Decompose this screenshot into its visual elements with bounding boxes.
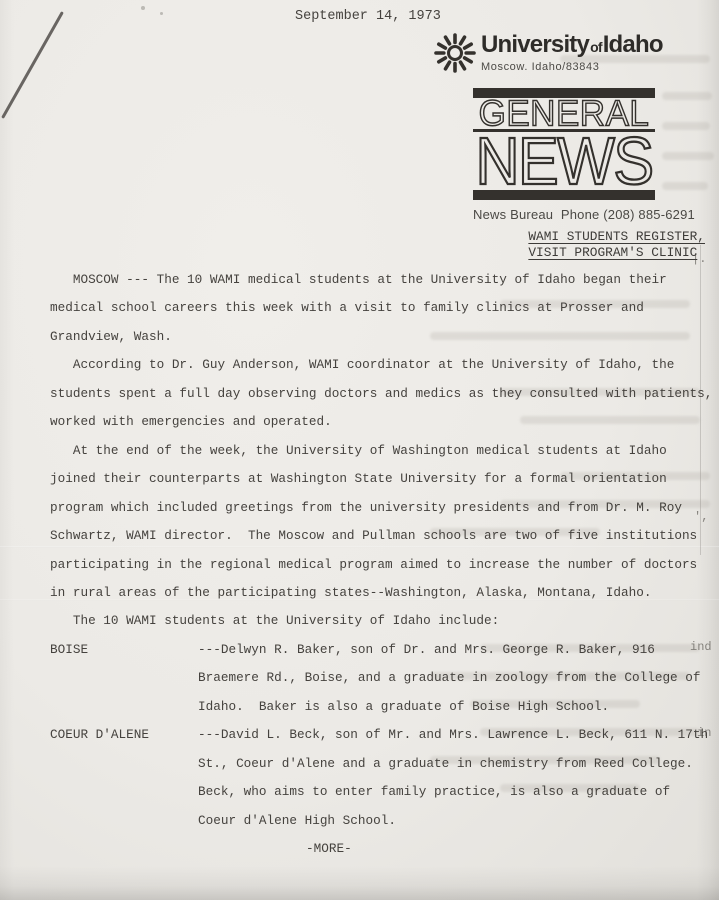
masthead: GENERAL NEWS News Bureau Phone (208) 885… — [473, 88, 655, 222]
student-entry-boise: BOISE ---Delwyn R. Baker, son of Dr. and… — [50, 636, 710, 721]
university-address: Moscow. Idaho/83843 — [481, 61, 663, 73]
masthead-title-news: NEWS — [473, 130, 655, 189]
paragraph: At the end of the week, the University o… — [50, 437, 710, 608]
paragraph: According to Dr. Guy Anderson, WAMI coor… — [50, 351, 710, 436]
body-line: program which included greetings from th… — [50, 494, 710, 522]
scan-speck — [160, 12, 163, 15]
body-line: ---David L. Beck, son of Mr. and Mrs. La… — [198, 721, 710, 749]
paragraph: The 10 WAMI students at the University o… — [50, 607, 710, 635]
press-release-page: |. ', ind in September 14, 1973 — [0, 0, 719, 900]
article-body: MOSCOW --- The 10 WAMI medical students … — [50, 266, 710, 835]
body-line: Idaho. Baker is also a graduate of Boise… — [198, 693, 710, 721]
body-line: The 10 WAMI students at the University o… — [50, 607, 710, 635]
body-line: worked with emergencies and operated. — [50, 408, 710, 436]
entry-text: ---Delwyn R. Baker, son of Dr. and Mrs. … — [198, 636, 710, 721]
body-line: According to Dr. Guy Anderson, WAMI coor… — [50, 351, 710, 379]
idaho-word: Idaho — [603, 31, 663, 58]
body-line: Schwartz, WAMI director. The Moscow and … — [50, 522, 710, 550]
body-line: MOSCOW --- The 10 WAMI medical students … — [50, 266, 710, 294]
body-line: ---Delwyn R. Baker, son of Dr. and Mrs. … — [198, 636, 710, 664]
university-name: UniversityofIdaho — [481, 34, 663, 58]
city-label: BOISE — [50, 636, 198, 664]
student-entry-coeur-dalene: COEUR D'ALENE ---David L. Beck, son of M… — [50, 721, 710, 835]
date-line: September 14, 1973 — [295, 9, 441, 24]
body-line: medical school careers this week with a … — [50, 294, 710, 322]
body-line: At the end of the week, the University o… — [50, 437, 710, 465]
body-line: Grandview, Wash. — [50, 323, 710, 351]
headline-line: WAMI STUDENTS REGISTER, — [528, 229, 705, 245]
body-line: in rural areas of the participating stat… — [50, 579, 710, 607]
university-word: University — [481, 31, 589, 58]
headline-line: VISIT PROGRAM'S CLINIC — [528, 245, 705, 261]
body-line: Beck, who aims to enter family practice,… — [198, 778, 710, 806]
scan-speck — [141, 6, 145, 10]
body-line: Coeur d'Alene High School. — [198, 807, 710, 835]
body-line: participating in the regional medical pr… — [50, 551, 710, 579]
city-label: COEUR D'ALENE — [50, 721, 198, 749]
body-line: joined their counterparts at Washington … — [50, 465, 710, 493]
pen-mark — [1, 11, 64, 119]
headline: WAMI STUDENTS REGISTER, VISIT PROGRAM'S … — [528, 229, 705, 261]
of-word: of — [589, 39, 603, 55]
university-logo-block: UniversityofIdaho Moscow. Idaho/83843 — [433, 30, 663, 76]
body-line: Braemere Rd., Boise, and a graduate in z… — [198, 664, 710, 692]
paragraph: MOSCOW --- The 10 WAMI medical students … — [50, 266, 710, 351]
body-line: students spent a full day observing doct… — [50, 380, 710, 408]
entry-text: ---David L. Beck, son of Mr. and Mrs. La… — [198, 721, 710, 835]
body-line: St., Coeur d'Alene and a graduate in che… — [198, 750, 710, 778]
news-bureau-line: News Bureau Phone (208) 885-6291 — [473, 207, 719, 222]
sunburst-icon — [433, 30, 477, 76]
more-marker: -MORE- — [306, 835, 352, 863]
